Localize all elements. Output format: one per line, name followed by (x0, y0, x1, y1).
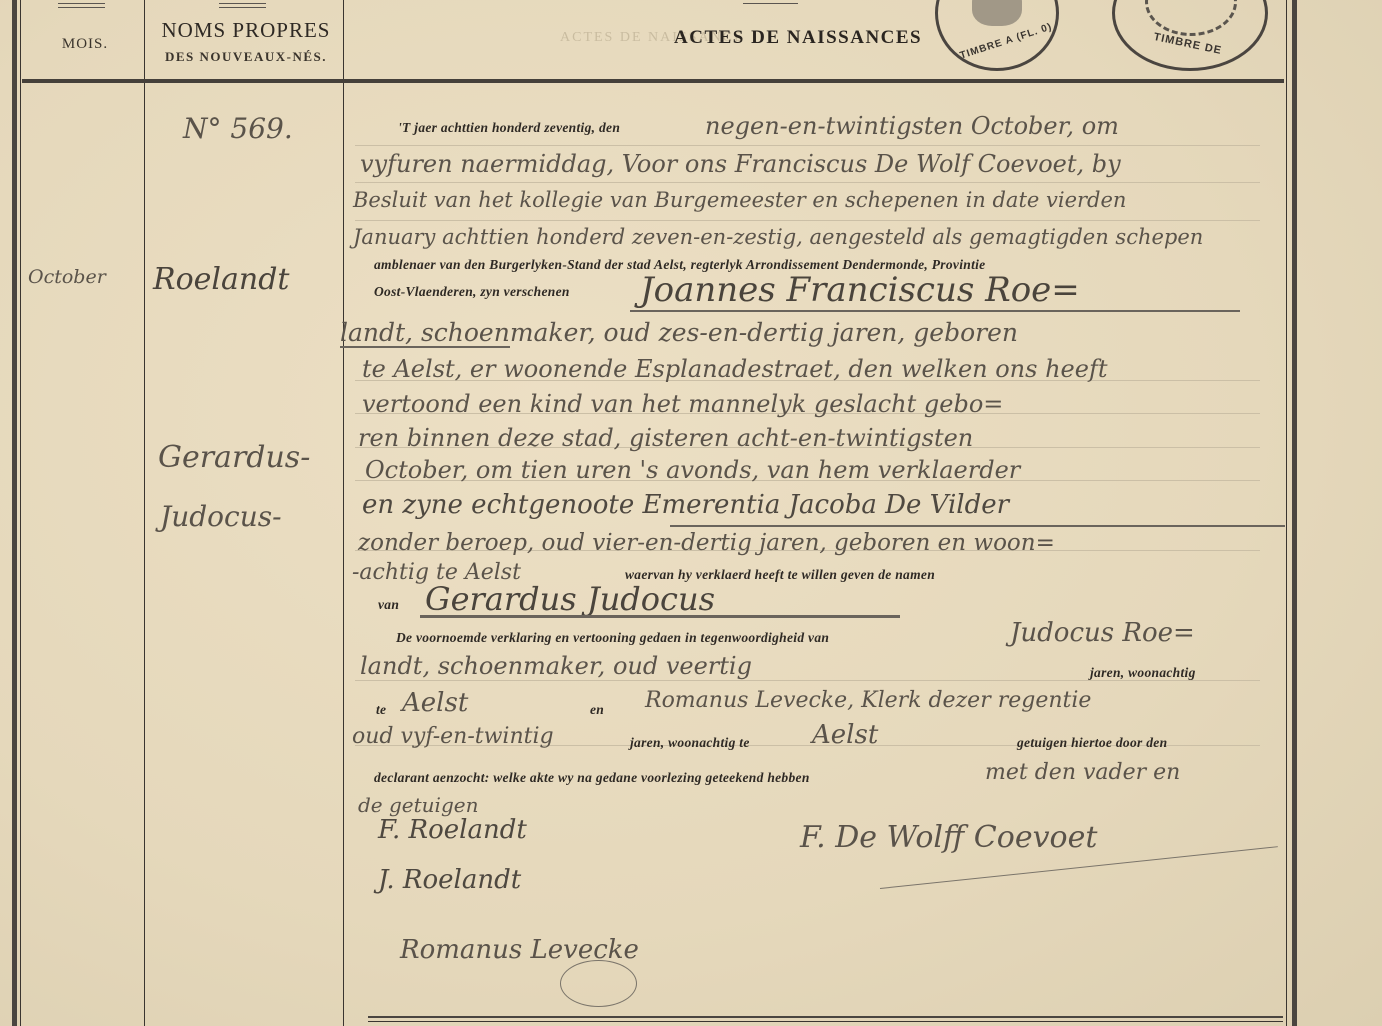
body-hand-line-10: ren binnen deze stad, gisteren acht-en-t… (358, 424, 973, 452)
body-hand-aelst-1: Aelst (402, 688, 468, 718)
mother-name-underline (670, 525, 1285, 527)
body-hand-line-17: landt, schoenmaker, oud veertig (360, 652, 752, 680)
body-hand-line-8: te Aelst, er woonende Esplanadestraet, d… (362, 355, 1107, 383)
header-month: MOIS. (30, 36, 140, 53)
body-print-van: van (378, 597, 399, 613)
father-surname-underline (340, 346, 510, 348)
right-border-inner (1286, 0, 1287, 1026)
body-hand-witness-2-age: oud vyf-en-twintig (352, 724, 554, 749)
body-hand-witness-2: Romanus Levecke, Klerk dezer regentie (645, 688, 1091, 713)
body-hand-line-3: Besluit van het kollegie van Burgemeeste… (353, 188, 1126, 212)
body-print-line-20: declarant aenzocht: welke akte wy na ged… (374, 770, 810, 786)
header-names: NOMS PROPRES DES NOUVEAUX-NÉS. (146, 18, 346, 65)
body-hand-line-7: landt, schoenmaker, oud zes-en-dertig ja… (340, 318, 1018, 347)
body-hand-line-20: met den vader en (985, 760, 1180, 785)
body-print-line-17: jaren, woonachtig (1090, 665, 1196, 681)
right-border-rule (1292, 0, 1297, 1026)
margin-given-name-1: Gerardus- (158, 440, 310, 475)
stamp-left-text: TIMBRE A (FL. 0) (959, 21, 1054, 61)
body-hand-line-9: vertoond een kind van het mannelyk gesla… (362, 390, 1003, 418)
body-hand-mother-name: en zyne echtgenoote Emerentia Jacoba De … (362, 490, 1009, 520)
body-hand-witness-1: Judocus Roe= (1010, 618, 1195, 648)
body-print-en: en (590, 702, 604, 718)
ruled-line (355, 145, 1260, 146)
body-hand-line-11: October, om tien uren 's avonds, van hem… (365, 456, 1020, 484)
tax-stamp-left: TIMBRE A (FL. 0) (935, 0, 1059, 71)
header-ornament-1 (58, 3, 105, 4)
body-hand-line-4: January achttien honderd zeven-en-zestig… (353, 225, 1203, 249)
header-names-title: NOMS PROPRES (146, 18, 346, 43)
header-ornament-2 (219, 3, 266, 4)
signature-witness-1: F. Roelandt (378, 815, 527, 845)
ruled-line (355, 220, 1260, 221)
body-hand-line-2: vyfuren naermiddag, Voor ons Franciscus … (360, 150, 1121, 178)
header-acts-title: ACTES DE NAISSANCES (674, 27, 922, 49)
body-print-te: te (376, 702, 386, 718)
signature-witness-2: J. Roelandt (378, 865, 521, 895)
child-name-underline (420, 615, 900, 618)
column-divider-names (343, 0, 344, 1026)
body-print-line-16: De voornoemde verklaring en vertooning g… (396, 630, 829, 646)
body-print-line-6: Oost-Vlaenderen, zyn verschenen (374, 284, 570, 300)
margin-month: October (28, 266, 106, 288)
body-hand-line-1: negen-en-twintigsten October, om (705, 112, 1119, 140)
body-hand-line-21: de getuigen (358, 793, 478, 817)
header-ornament-3 (743, 3, 798, 4)
body-hand-father-name: Joannes Franciscus Roe= (640, 270, 1080, 310)
header-separator (22, 79, 1284, 83)
wreath-emblem-icon (1145, 0, 1237, 36)
body-hand-aelst-2: Aelst (812, 720, 878, 750)
footer-rule (368, 1016, 1283, 1018)
left-border-inner (20, 0, 21, 1026)
lion-emblem-icon (972, 0, 1022, 26)
signature-flourish-circle (560, 960, 637, 1007)
body-print-line-19-end: getuigen hiertoe door den (1017, 735, 1167, 751)
father-name-underline (630, 310, 1240, 312)
header-ornament-2b (219, 7, 266, 8)
footer-rule-2 (368, 1021, 1283, 1022)
tax-stamp-right: TIMBRE DE (1112, 0, 1268, 71)
body-hand-line-13: zonder beroep, oud vier-en-dertig jaren,… (358, 530, 1055, 556)
body-print-line-1: 'T jaer achttien honderd zeventig, den (398, 120, 620, 136)
margin-given-name-2: Judocus- (160, 500, 282, 533)
body-print-line-19: jaren, woonachtig te (630, 735, 750, 751)
column-divider-month (144, 0, 145, 1026)
header-ornament-1b (58, 7, 105, 8)
body-hand-child-name: Gerardus Judocus (425, 580, 715, 618)
left-border-rule (12, 0, 17, 1026)
margin-surname: Roelandt (153, 262, 289, 297)
record-number: N° 569. (183, 112, 293, 145)
ruled-line (355, 182, 1260, 183)
signature-officer: F. De Wolff Coevoet (800, 820, 1097, 855)
header-names-subtitle: DES NOUVEAUX-NÉS. (146, 49, 346, 65)
